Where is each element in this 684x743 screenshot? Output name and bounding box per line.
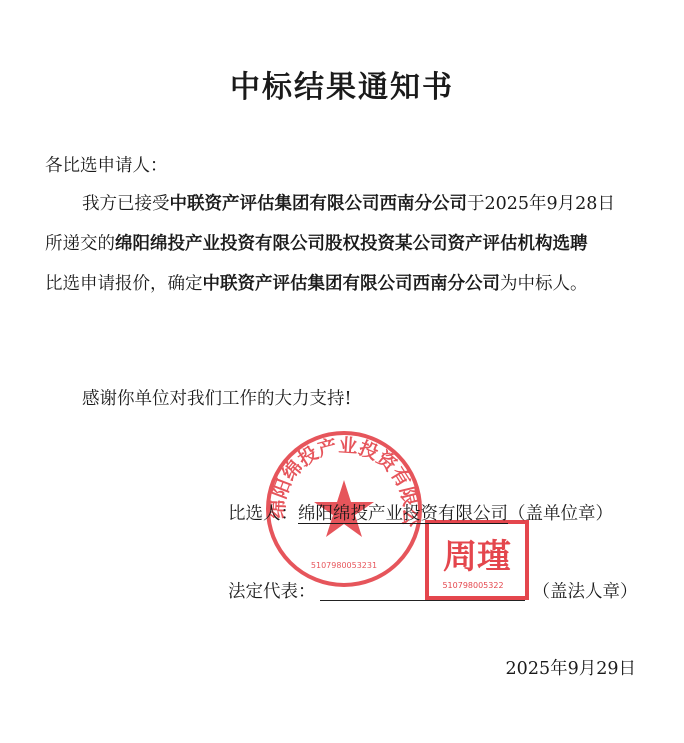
selector-label: 比选人：	[228, 504, 298, 524]
project-name: 绵阳绵投产业投资有限公司股权投资某公司资产评估机构选聘	[115, 234, 588, 254]
body-text: 比选申请报价，确定	[45, 274, 203, 294]
seal-number: 5107980053231	[311, 561, 377, 570]
body-line-2: 所递交的绵阳绵投产业投资有限公司股权投资某公司资产评估机构选聘	[45, 230, 588, 255]
document-date: 2025年9月29日	[506, 655, 636, 680]
selector-signature: 比选人：绵阳绵投产业投资有限公司（盖单位章）	[228, 500, 613, 525]
seal-name: 周瑾	[443, 537, 511, 577]
salutation: 各比选申请人：	[45, 152, 168, 177]
signature-line	[320, 582, 525, 601]
selector-note: （盖单位章）	[508, 504, 613, 524]
body-text: 所递交的	[45, 234, 115, 254]
page-title: 中标结果通知书	[0, 62, 684, 106]
body-line-3: 比选申请报价，确定中联资产评估集团有限公司西南分公司为中标人。	[45, 270, 588, 295]
winner-name: 中联资产评估集团有限公司西南分公司	[203, 274, 501, 294]
legal-rep-label: 法定代表：	[228, 582, 316, 602]
thanks-text: 感谢你单位对我们工作的大力支持!	[82, 385, 352, 410]
body-text: 为中标人。	[500, 274, 588, 294]
selector-name: 绵阳绵投产业投资有限公司	[298, 504, 508, 524]
legal-rep-note: （盖法人章）	[533, 582, 638, 602]
body-line-1: 我方已接受中联资产评估集团有限公司西南分公司于2025年9月28日	[82, 190, 615, 215]
body-text: 我方已接受	[82, 194, 170, 214]
body-text: 于2025年9月28日	[467, 194, 615, 214]
legal-rep-signature: 法定代表：（盖法人章）	[228, 578, 638, 603]
winner-name: 中联资产评估集团有限公司西南分公司	[170, 194, 468, 214]
